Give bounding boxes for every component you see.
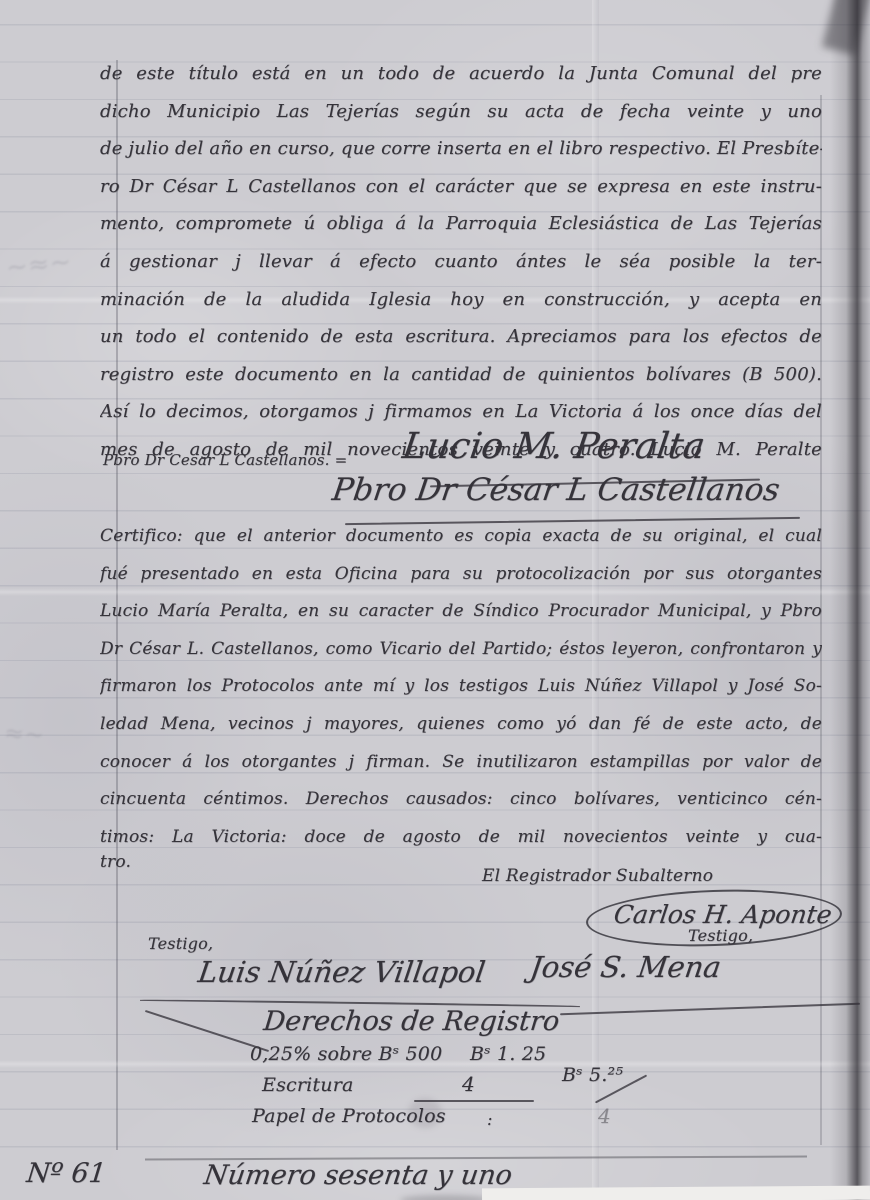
certification-line: Certifico: que el anterior documento es …	[100, 518, 822, 556]
certification-line: Dr César L. Castellanos, como Vicario de…	[100, 631, 822, 669]
fee-amount-underline	[414, 1100, 534, 1102]
certification-last-line: tro.	[100, 852, 131, 872]
certification-line: cincuenta céntimos. Derechos causados: c…	[100, 781, 822, 819]
deed-line: minación de la aludida Iglesia hoy en co…	[100, 281, 822, 319]
scanned-manuscript-page: ~≈~ ≈~ de este título está en un todo de…	[0, 0, 870, 1200]
signature-witness-mena: José S. Mena	[528, 950, 723, 984]
deed-line: ro Dr César L Castellanos con el carácte…	[100, 168, 822, 206]
certification-line: conocer á los otorgantes j firman. Se in…	[100, 744, 822, 782]
certification-paragraph: Certifico: que el anterior documento es …	[100, 518, 822, 856]
deed-line: registro este documento en la cantidad d…	[100, 356, 822, 394]
registrar-title: El Registrador Subalterno	[482, 866, 713, 886]
witness-label-right: Testigo,	[688, 926, 753, 945]
fee-row-label: 0,25% sobre Bˢ 500	[250, 1043, 442, 1065]
fee-row-colon: :	[487, 1110, 493, 1129]
scan-bottom-white-band	[482, 1186, 870, 1200]
fee-row-label: Escritura	[262, 1074, 354, 1096]
deed-line: de este título está en un todo de acuerd…	[100, 55, 822, 93]
entry-number-words: Número sesenta y uno	[202, 1160, 514, 1191]
fee-row-value: 4	[598, 1104, 611, 1128]
certification-line: Lucio María Peralta, en su caracter de S…	[100, 593, 822, 631]
signature-witness-villapol: Luis Núñez Villapol	[196, 955, 487, 989]
page-edge-shadow	[830, 0, 870, 1200]
entry-number: Nº 61	[25, 1158, 108, 1189]
signature-lucio-peralta: Lucio M. Peralta	[400, 426, 707, 467]
fee-row-value: Bˢ 5.²⁵	[562, 1064, 623, 1086]
certification-line: timos: La Victoria: doce de agosto de mi…	[100, 819, 822, 857]
deed-body-paragraph: de este título está en un todo de acuerd…	[100, 55, 822, 469]
signature-registrar-aponte: Carlos H. Aponte	[612, 900, 834, 929]
fee-row-value: Bˢ 1. 25	[470, 1043, 546, 1065]
show-through-mark: ≈~	[3, 719, 45, 750]
fees-title: Derechos de Registro	[262, 1006, 561, 1037]
deed-line: dicho Municipio Las Tejerías según su ac…	[100, 93, 822, 131]
certification-line: ledad Mena, vecinos j mayores, quienes c…	[100, 706, 822, 744]
signature-cesar-castellanos: Pbro Dr César L Castellanos	[330, 472, 782, 508]
deed-line: á gestionar j llevar á efecto cuanto ánt…	[100, 243, 822, 281]
deed-line: de julio del año en curso, que corre ins…	[100, 130, 822, 168]
fee-row-amount: 4	[462, 1072, 475, 1096]
fee-row-label: Papel de Protocolos	[252, 1105, 446, 1127]
deed-line: un todo el contenido de esta escritura. …	[100, 318, 822, 356]
ink-smudge	[400, 1195, 490, 1200]
certification-line: firmaron los Protocolos ante mí y los te…	[100, 668, 822, 706]
deed-closing-note: Pbro Dr Cesar L Castellanos. =	[103, 451, 347, 469]
certification-line: fué presentado en esta Oficina para su p…	[100, 556, 822, 594]
deed-line: mento, compromete ú obliga á la Parroqui…	[100, 205, 822, 243]
witness-label-left: Testigo,	[148, 934, 213, 953]
